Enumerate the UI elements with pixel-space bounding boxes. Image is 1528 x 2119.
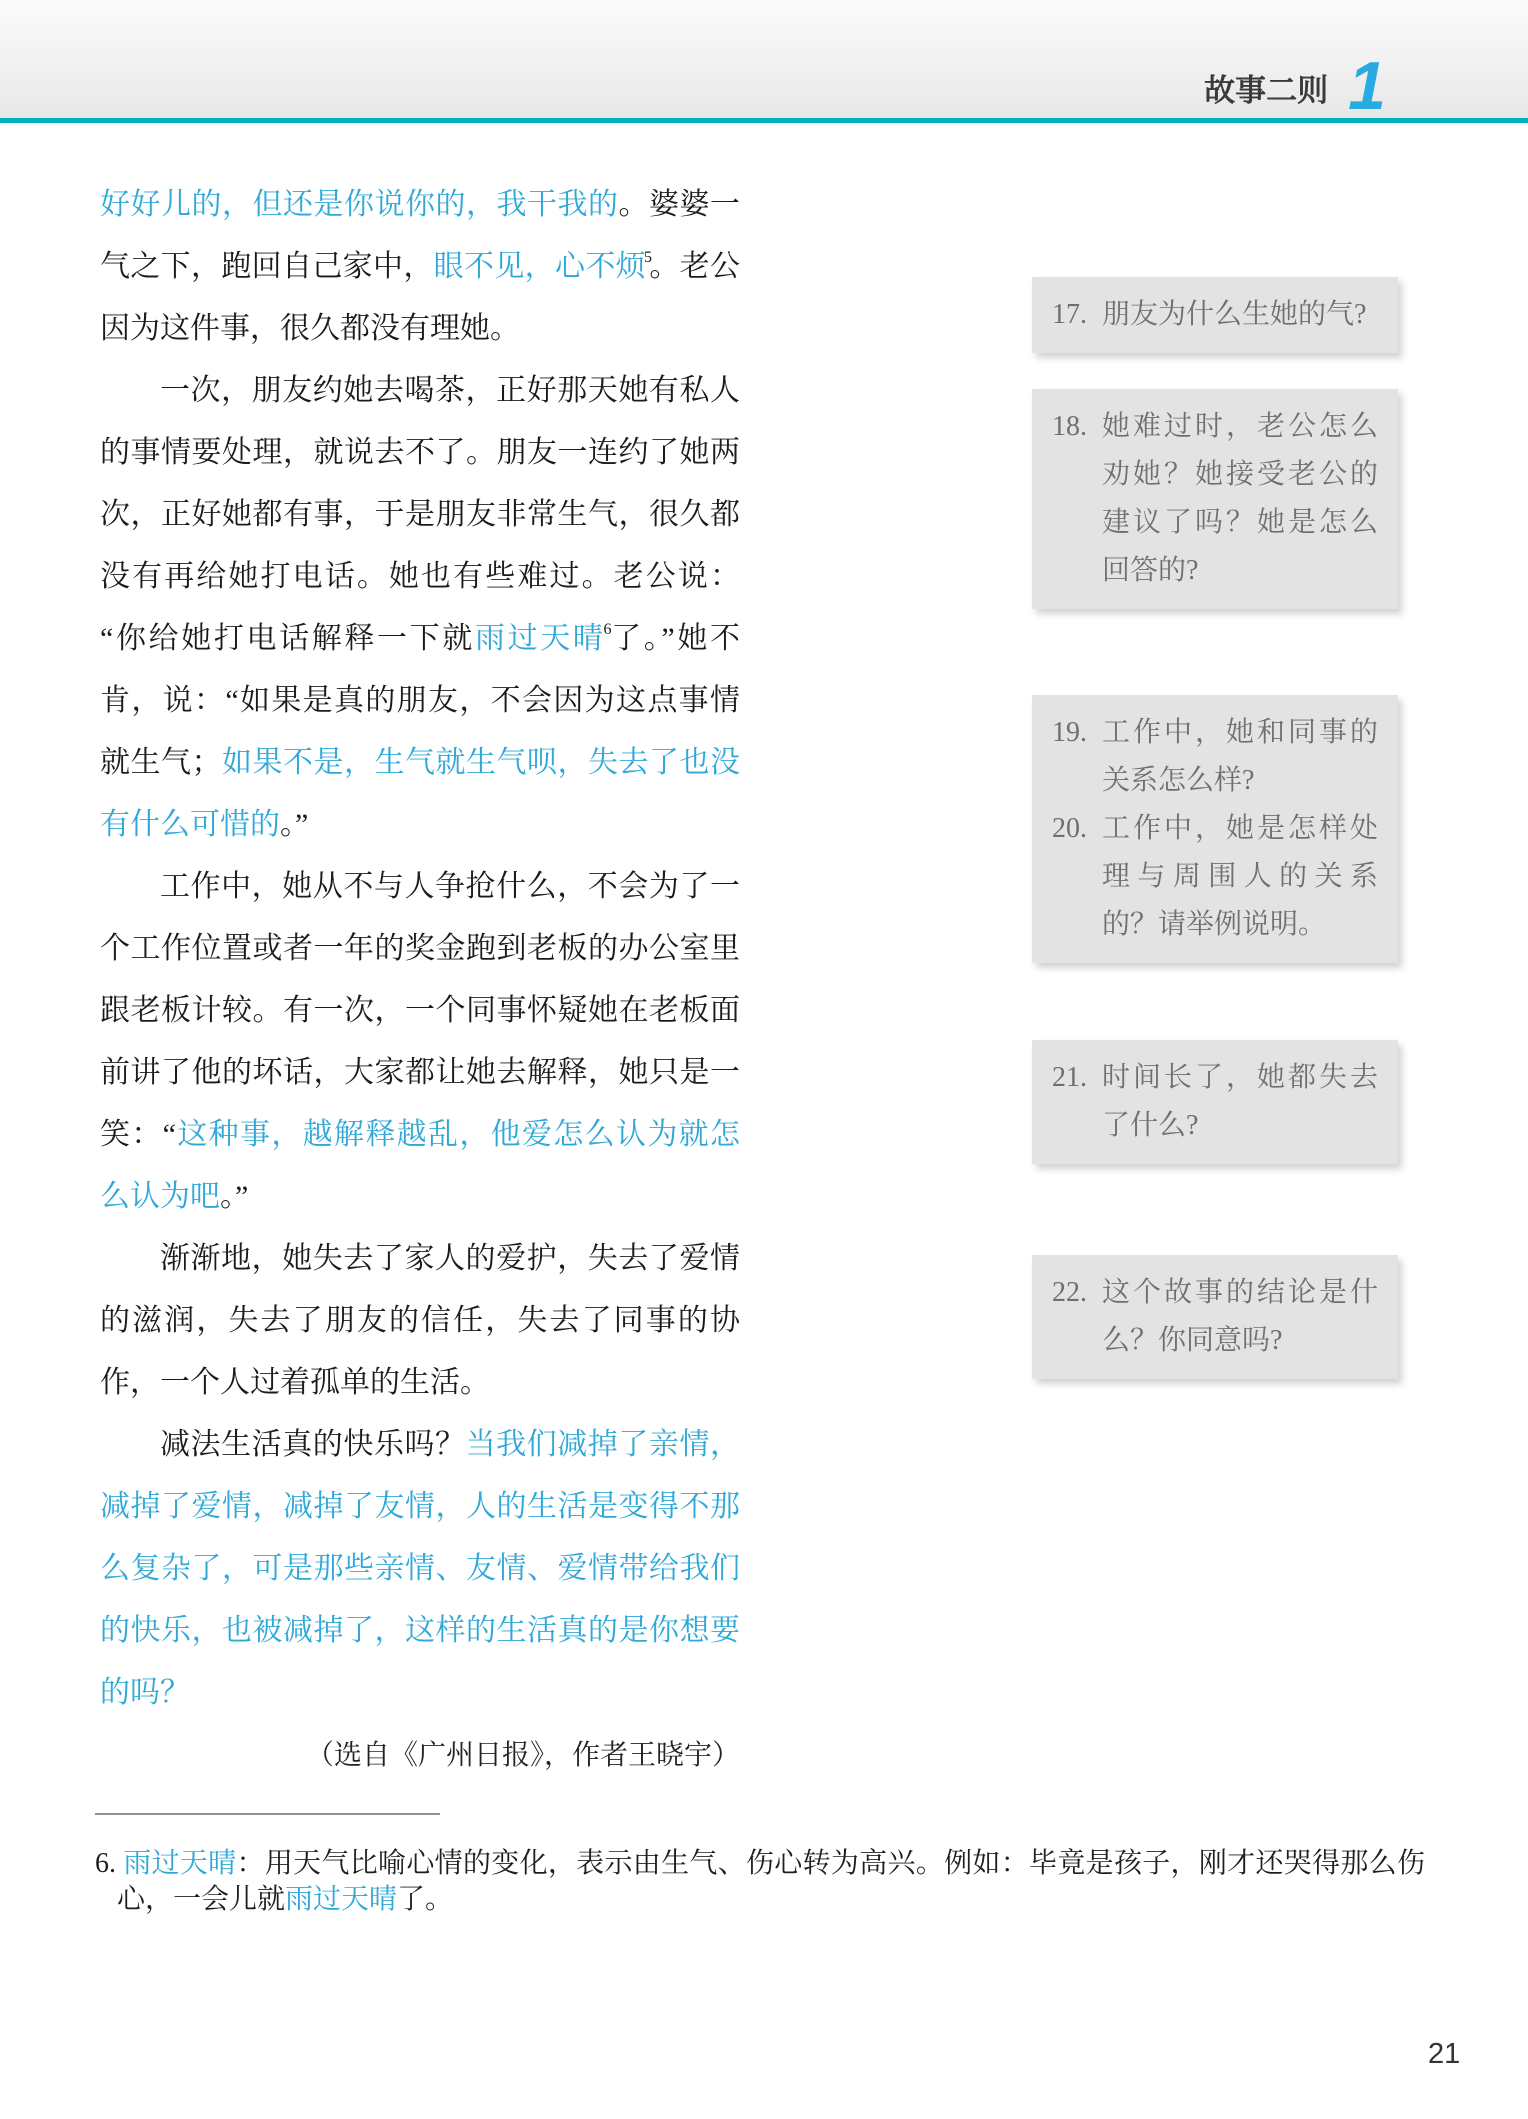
- story-text-column: 好好儿的，但还是你说你的，我干我的。婆婆一气之下，跑回自己家中，眼不见，心不烦5…: [100, 174, 740, 1786]
- text-run: 减法生活真的快乐吗？: [160, 1428, 466, 1461]
- question-box: 18.她难过时，老公怎么劝她？她接受老公的建议了吗？她是怎么回答的?: [1032, 389, 1398, 609]
- source-attribution: （选自《广州日报》，作者王晓宇）: [100, 1724, 740, 1786]
- question-number: 19.: [1052, 709, 1102, 805]
- question-text: 朋友为什么生她的气?: [1102, 291, 1378, 339]
- highlighted-text-run: 当我们减掉了亲情，减掉了爱情，减掉了友情，人的生活是变得不那么复杂了，可是那些亲…: [100, 1428, 740, 1709]
- question-text: 她难过时，老公怎么劝她？她接受老公的建议了吗？她是怎么回答的?: [1102, 403, 1378, 595]
- page-number: 21: [1428, 2038, 1460, 2071]
- question-box: 21.时间长了，她都失去了什么?: [1032, 1040, 1398, 1164]
- page-header: 故事二则 1: [0, 0, 1528, 118]
- story-paragraph: 一次，朋友约她去喝茶，正好那天她有私人的事情要处理，就说去不了。朋友一连约了她两…: [100, 360, 740, 856]
- question-number: 18.: [1052, 403, 1102, 595]
- question-item: 21.时间长了，她都失去了什么?: [1052, 1054, 1378, 1150]
- question-number: 22.: [1052, 1269, 1102, 1365]
- question-box: 17.朋友为什么生她的气?: [1032, 277, 1398, 353]
- story-paragraph: 渐渐地，她失去了家人的爱护，失去了爱情的滋润，失去了朋友的信任，失去了同事的协作…: [100, 1228, 740, 1414]
- text-run: 渐渐地，她失去了家人的爱护，失去了爱情的滋润，失去了朋友的信任，失去了同事的协作…: [100, 1242, 740, 1399]
- question-number: 20.: [1052, 805, 1102, 949]
- footnote-divider: [95, 1813, 440, 1815]
- highlighted-text-run: 雨过天晴: [475, 622, 606, 655]
- question-text: 工作中，她和同事的关系怎么样?: [1102, 709, 1378, 805]
- story-paragraph: 工作中，她从不与人争抢什么，不会为了一个工作位置或者一年的奖金跑到老板的办公室里…: [100, 856, 740, 1228]
- question-box: 19.工作中，她和同事的关系怎么样?20.工作中，她是怎样处理与周围人的关系的？…: [1032, 695, 1398, 963]
- highlighted-text-run: 这种事，越解释越乱，他爱怎么认为就怎么认为吧: [100, 1118, 740, 1213]
- text-run: 了。: [397, 1884, 453, 1915]
- question-item: 22.这个故事的结论是什么？你同意吗?: [1052, 1269, 1378, 1365]
- highlighted-text-run: 雨过天晴: [123, 1848, 236, 1879]
- question-item: 18.她难过时，老公怎么劝她？她接受老公的建议了吗？她是怎么回答的?: [1052, 403, 1378, 595]
- footnote: 6. 雨过天晴：用天气比喻心情的变化，表示由生气、伤心转为高兴。例如：毕竟是孩子…: [95, 1846, 1425, 1918]
- section-title: 故事二则: [1204, 75, 1328, 106]
- text-run: 6.: [95, 1848, 123, 1879]
- question-item: 19.工作中，她和同事的关系怎么样?: [1052, 709, 1378, 805]
- question-text: 时间长了，她都失去了什么?: [1102, 1054, 1378, 1150]
- text-run: 一次，朋友约她去喝茶，正好那天她有私人的事情要处理，就说去不了。朋友一连约了她两…: [100, 374, 740, 655]
- question-text: 这个故事的结论是什么？你同意吗?: [1102, 1269, 1378, 1365]
- story-paragraph: 减法生活真的快乐吗？当我们减掉了亲情，减掉了爱情，减掉了友情，人的生活是变得不那…: [100, 1414, 740, 1724]
- story-paragraphs: 好好儿的，但还是你说你的，我干我的。婆婆一气之下，跑回自己家中，眼不见，心不烦5…: [100, 174, 740, 1724]
- text-run: 工作中，她从不与人争抢什么，不会为了一个工作位置或者一年的奖金跑到老板的办公室里…: [100, 870, 740, 1151]
- question-number: 17.: [1052, 291, 1102, 339]
- question-text: 工作中，她是怎样处理与周围人的关系的？请举例说明。: [1102, 805, 1378, 949]
- unit-number: 1: [1348, 61, 1386, 112]
- question-number: 21.: [1052, 1054, 1102, 1150]
- header-rule-divider: [0, 118, 1528, 123]
- text-run: 。”: [280, 808, 308, 841]
- text-run: 。”: [220, 1180, 248, 1213]
- textbook-page: 故事二则 1 好好儿的，但还是你说你的，我干我的。婆婆一气之下，跑回自己家中，眼…: [0, 0, 1528, 2119]
- question-box: 22.这个故事的结论是什么？你同意吗?: [1032, 1255, 1398, 1379]
- question-item: 20.工作中，她是怎样处理与周围人的关系的？请举例说明。: [1052, 805, 1378, 949]
- highlighted-text-run: 雨过天晴: [285, 1884, 397, 1915]
- highlighted-text-run: 眼不见，心不烦: [434, 250, 646, 283]
- question-item: 17.朋友为什么生她的气?: [1052, 291, 1378, 339]
- story-paragraph: 好好儿的，但还是你说你的，我干我的。婆婆一气之下，跑回自己家中，眼不见，心不烦5…: [100, 174, 740, 360]
- highlighted-text-run: 好好儿的，但还是你说你的，我干我的: [100, 188, 619, 221]
